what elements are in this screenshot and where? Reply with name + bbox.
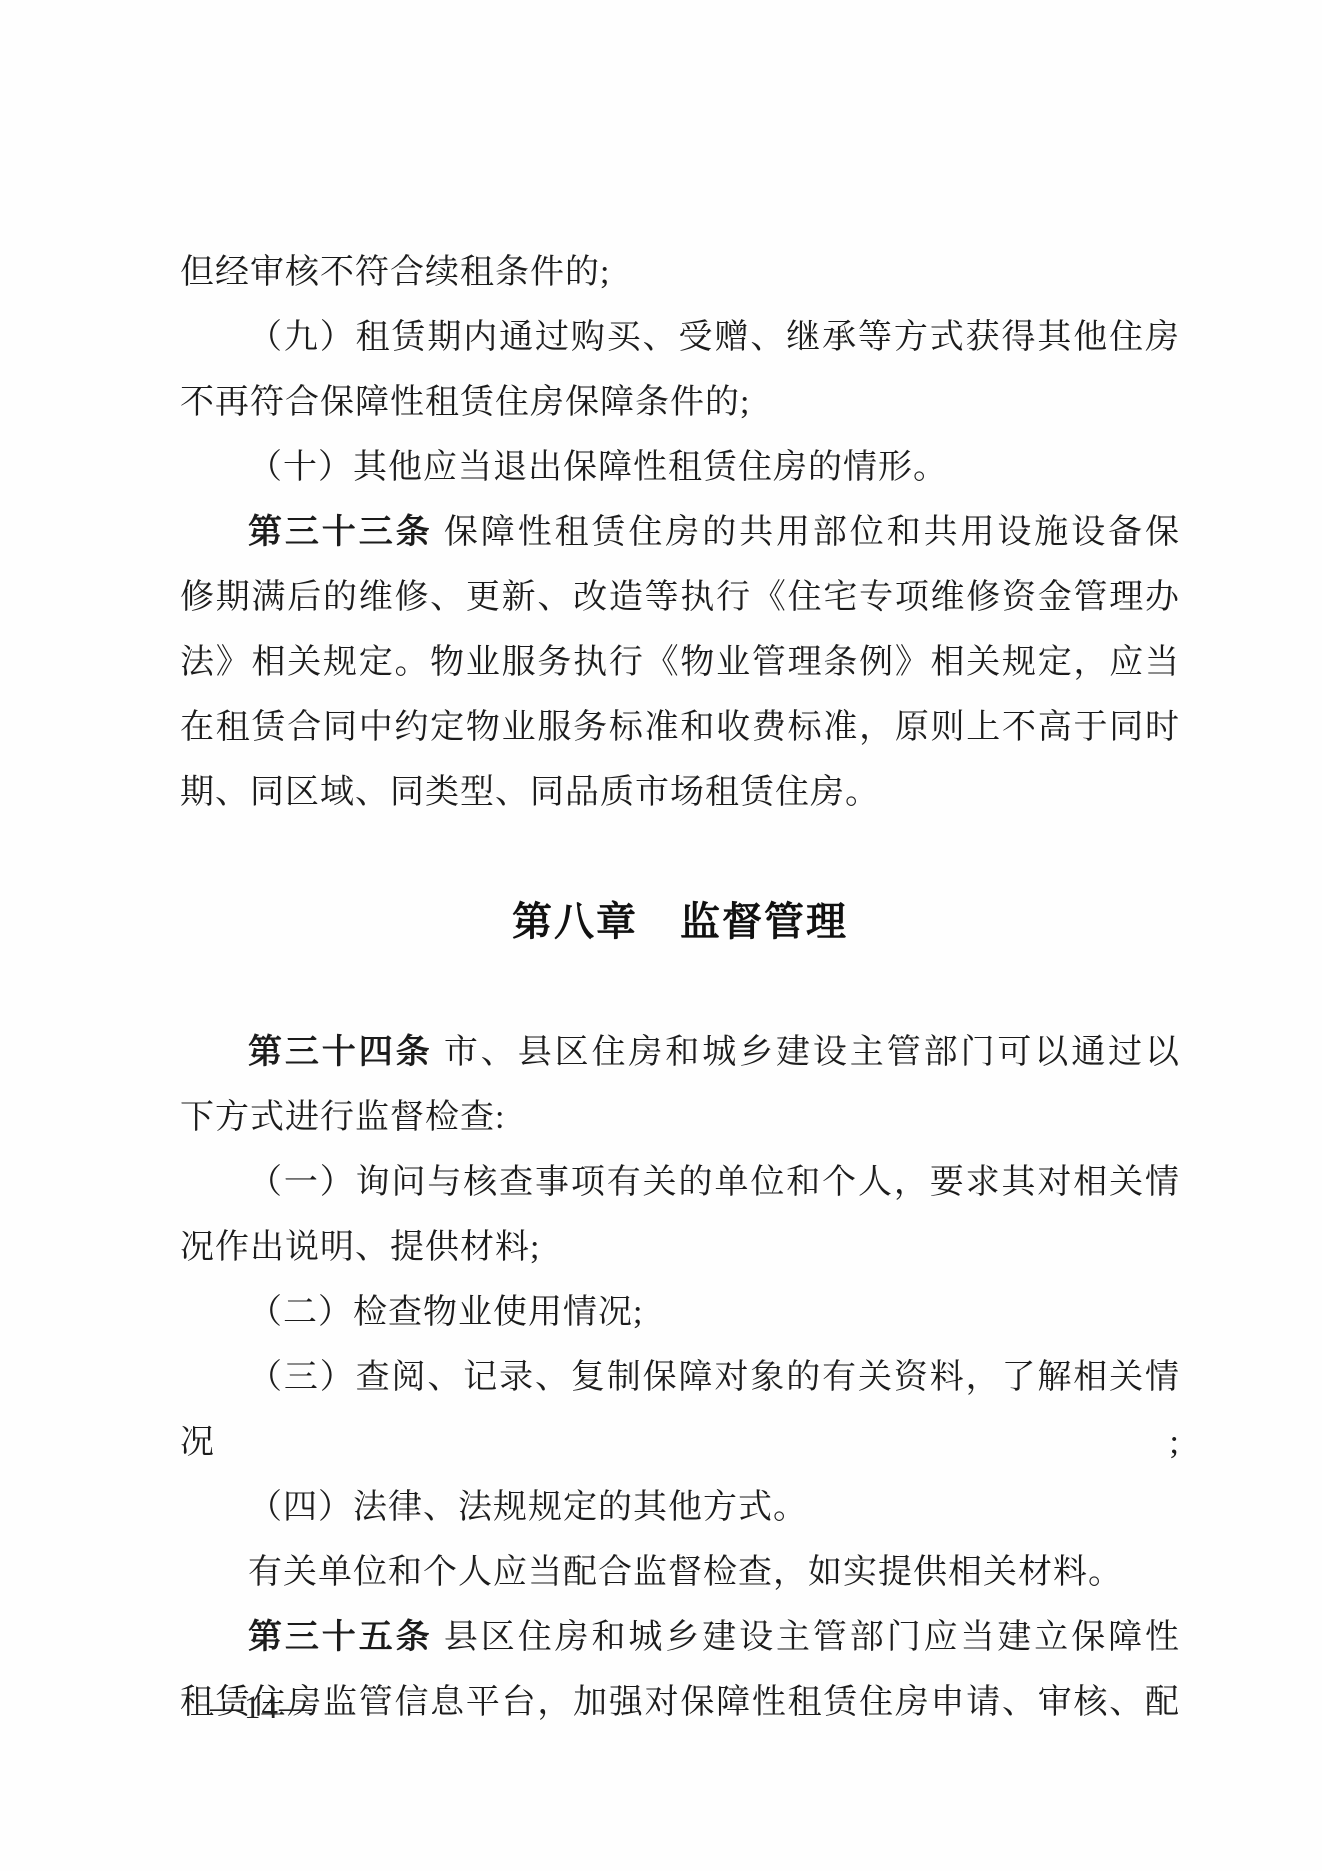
chapter-heading: 第八章 监督管理 xyxy=(180,890,1180,955)
text-segment: 不再符合保障性租赁住房保障条件的; xyxy=(180,384,750,421)
document-line: 有关单位和个人应当配合监督检查，如实提供相关材料。 xyxy=(180,1540,1180,1605)
text-segment: 下方式进行监督检查: xyxy=(180,1099,505,1136)
text-segment: （九）租赁期内通过购买、受赠、继承等方式获得其他住房 xyxy=(248,319,1180,356)
text-segment: 保障性租赁住房的共用部位和共用设施设备保 xyxy=(433,514,1181,551)
text-segment: （三）查阅、记录、复制保障对象的有关资料，了解相关情况; xyxy=(180,1359,1180,1461)
document-line: 第三十五条 县区住房和城乡建设主管部门应当建立保障性 xyxy=(180,1605,1180,1670)
page-number: —14— xyxy=(210,1688,313,1728)
text-segment: （一）询问与核查事项有关的单位和个人，要求其对相关情 xyxy=(248,1164,1180,1201)
text-segment: 县区住房和城乡建设主管部门应当建立保障性 xyxy=(433,1619,1181,1656)
article-number: 第三十三条 xyxy=(248,513,433,551)
text-segment: 修期满后的维修、更新、改造等执行《住宅专项维修资金管理办 xyxy=(180,579,1180,616)
document-line: 第三十四条 市、县区住房和城乡建设主管部门可以通过以 xyxy=(180,1020,1180,1085)
text-segment: 市、县区住房和城乡建设主管部门可以通过以 xyxy=(433,1034,1181,1071)
document-line: （九）租赁期内通过购买、受赠、继承等方式获得其他住房 xyxy=(180,305,1180,370)
document-line: （四）法律、法规规定的其他方式。 xyxy=(180,1475,1180,1540)
text-segment: 但经审核不符合续租条件的; xyxy=(180,254,610,291)
text-segment: 在租赁合同中约定物业服务标准和收费标准，原则上不高于同时 xyxy=(180,709,1180,746)
document-line: 在租赁合同中约定物业服务标准和收费标准，原则上不高于同时 xyxy=(180,695,1180,760)
document-line: 但经审核不符合续租条件的; xyxy=(180,240,1180,305)
document-line: （二）检查物业使用情况; xyxy=(180,1280,1180,1345)
document-line: 修期满后的维修、更新、改造等执行《住宅专项维修资金管理办 xyxy=(180,565,1180,630)
article-number: 第八章 监督管理 xyxy=(512,900,848,944)
document-page: 但经审核不符合续租条件的;（九）租赁期内通过购买、受赠、继承等方式获得其他住房不… xyxy=(0,0,1322,1871)
text-segment: 期、同区域、同类型、同品质市场租赁住房。 xyxy=(180,774,880,811)
document-line: 第三十三条 保障性租赁住房的共用部位和共用设施设备保 xyxy=(180,500,1180,565)
document-line: 况作出说明、提供材料; xyxy=(180,1215,1180,1280)
text-segment: 有关单位和个人应当配合监督检查，如实提供相关材料。 xyxy=(248,1554,1123,1591)
document-line: 期、同区域、同类型、同品质市场租赁住房。 xyxy=(180,760,1180,825)
document-line: 法》相关规定。物业服务执行《物业管理条例》相关规定，应当 xyxy=(180,630,1180,695)
article-number: 第三十五条 xyxy=(248,1618,433,1656)
document-body: 但经审核不符合续租条件的;（九）租赁期内通过购买、受赠、继承等方式获得其他住房不… xyxy=(180,240,1180,1735)
text-segment: 租赁住房监管信息平台，加强对保障性租赁住房申请、审核、配 xyxy=(180,1684,1180,1721)
document-line: （十）其他应当退出保障性租赁住房的情形。 xyxy=(180,435,1180,500)
document-line: 不再符合保障性租赁住房保障条件的; xyxy=(180,370,1180,435)
text-segment: （四）法律、法规规定的其他方式。 xyxy=(248,1489,808,1526)
document-line: 租赁住房监管信息平台，加强对保障性租赁住房申请、审核、配 xyxy=(180,1670,1180,1735)
document-line: 下方式进行监督检查: xyxy=(180,1085,1180,1150)
text-segment: （二）检查物业使用情况; xyxy=(248,1294,643,1331)
text-segment: 法》相关规定。物业服务执行《物业管理条例》相关规定，应当 xyxy=(180,644,1180,681)
text-segment: （十）其他应当退出保障性租赁住房的情形。 xyxy=(248,449,948,486)
document-line: （一）询问与核查事项有关的单位和个人，要求其对相关情 xyxy=(180,1150,1180,1215)
document-line: （三）查阅、记录、复制保障对象的有关资料，了解相关情况; xyxy=(180,1345,1180,1475)
text-segment: 况作出说明、提供材料; xyxy=(180,1229,540,1266)
article-number: 第三十四条 xyxy=(248,1033,433,1071)
